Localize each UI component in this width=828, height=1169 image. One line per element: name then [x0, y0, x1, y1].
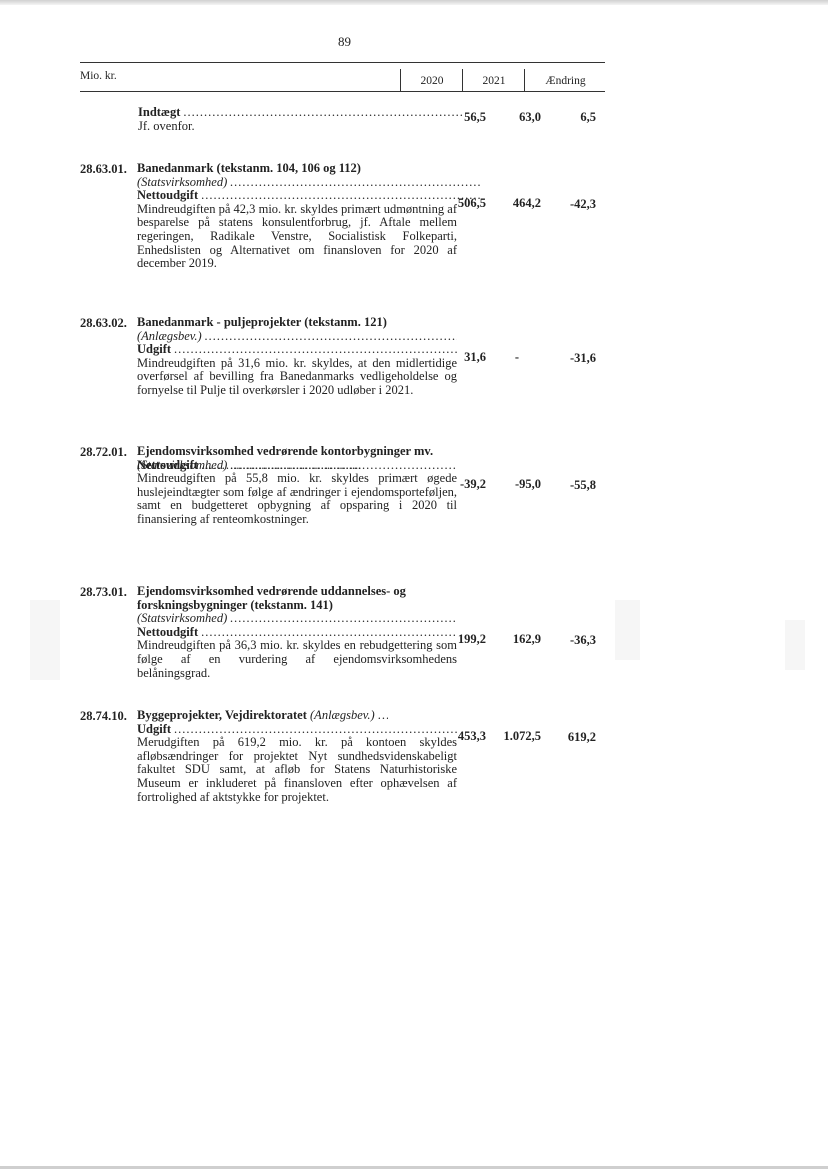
note: Jf. ovenfor.	[138, 120, 463, 134]
value-2020: 506,5	[420, 196, 486, 211]
scan-smudge	[615, 600, 640, 660]
table-header: Mio. kr. 2020 2021 Ændring	[80, 62, 605, 92]
unit-label: Mio. kr.	[80, 70, 117, 82]
value-2020: 31,6	[420, 350, 486, 365]
column-header-change: Ændring	[524, 69, 606, 91]
value-change: 6,5	[542, 110, 596, 125]
scan-smudge	[785, 620, 805, 670]
value-2021: -95,0	[485, 477, 541, 492]
entry-type: (Anlægsbev.)	[310, 709, 375, 723]
value-change: -36,3	[542, 633, 596, 648]
account-code: 28.73.01.	[80, 585, 127, 600]
line-label: Indtægt	[138, 106, 180, 120]
account-code: 28.63.01.	[80, 162, 127, 177]
entry-title: Banedanmark (tekstanm. 104, 106 og 112)	[137, 162, 482, 176]
entry-title: Banedanmark - puljeprojekter (tekstanm. …	[137, 316, 482, 330]
scan-smudge	[30, 600, 60, 680]
entry-type: (Statsvirksomhed)	[137, 176, 227, 190]
line-label: Nettoudgift	[137, 459, 198, 473]
line-label: Nettoudgift	[137, 189, 198, 203]
account-code: 28.63.02.	[80, 316, 127, 331]
entry-description: Mindreudgiften på 31,6 mio. kr. skyldes,…	[137, 357, 457, 398]
account-code: 28.72.01.	[80, 445, 127, 460]
value-2020: -39,2	[420, 477, 486, 492]
line-label: Udgift	[137, 723, 171, 737]
entry-description: Mindreudgiften på 42,3 mio. kr. skyldes …	[137, 203, 457, 271]
value-change: 619,2	[542, 730, 596, 745]
entry-description: Mindreudgiften på 55,8 mio. kr. skyldes …	[137, 472, 457, 526]
entry-title: Ejendomsvirksomhed vedrørende uddannelse…	[137, 585, 477, 612]
value-2021: 63,0	[485, 110, 541, 125]
value-2021: 464,2	[485, 196, 541, 211]
account-code: 28.74.10.	[80, 709, 127, 724]
scan-edge-top	[0, 0, 828, 5]
entry-type: (Anlægsbev.)	[137, 330, 202, 344]
line-label: Nettoudgift	[137, 626, 198, 640]
value-change: -31,6	[542, 351, 596, 366]
value-2021: 1.072,5	[485, 729, 541, 744]
value-2020: 56,5	[420, 110, 486, 125]
value-2020: 199,2	[420, 632, 486, 647]
column-header-2020: 2020	[400, 69, 463, 91]
value-2021: 162,9	[485, 632, 541, 647]
line-label: Udgift	[137, 343, 171, 357]
value-2021: -	[485, 350, 519, 365]
page-number: 89	[338, 34, 351, 50]
value-2020: 453,3	[420, 729, 486, 744]
entry-title: Byggeprojekter, Vejdirektoratet	[137, 709, 307, 723]
entry-description: Merudgiften på 619,2 mio. kr. på kontoen…	[137, 736, 457, 804]
value-change: -55,8	[542, 478, 596, 493]
entry-type: (Statsvirksomhed)	[137, 612, 227, 626]
column-header-2021: 2021	[462, 69, 525, 91]
entry-description: Mindreudgiften på 36,3 mio. kr. skyldes …	[137, 639, 457, 680]
value-change: -42,3	[542, 197, 596, 212]
